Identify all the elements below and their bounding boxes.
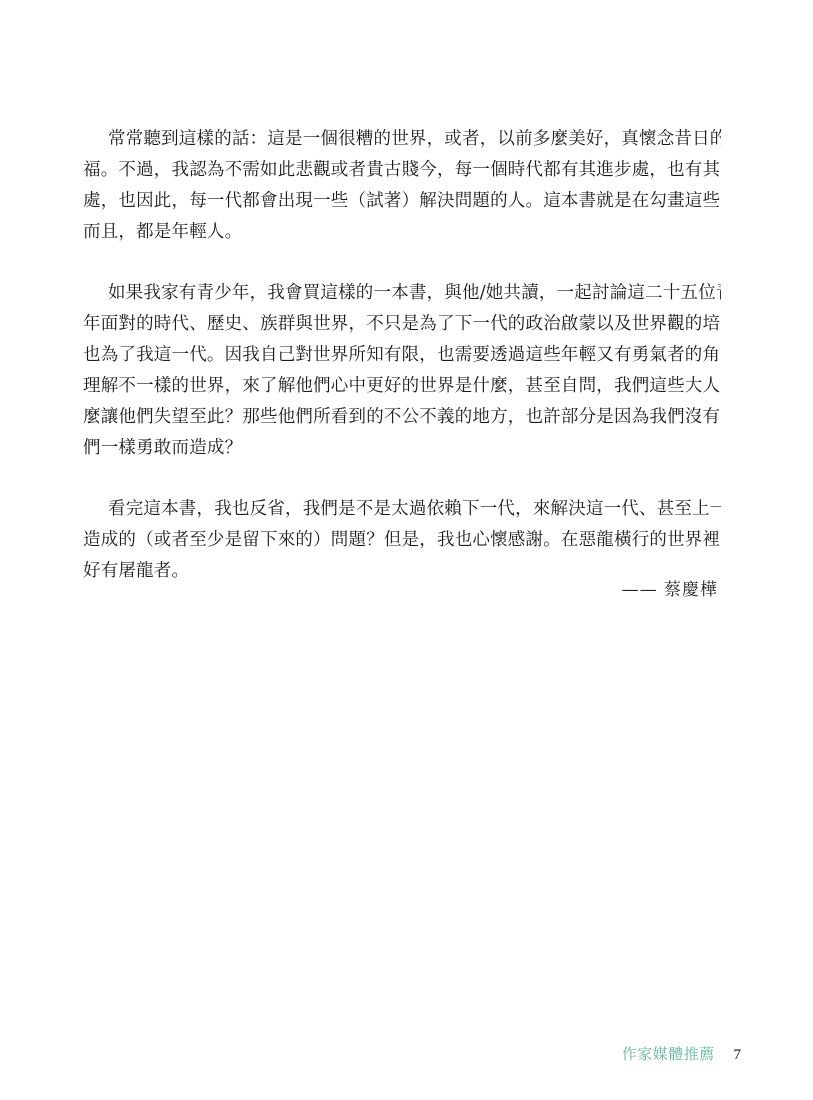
text-line: 福。不過，我認為不需如此悲觀或者貴古賤今，每一個時代都有其進步處，也有其退步 <box>83 155 721 186</box>
text-line: 麼讓他們失望至此？那些他們所看到的不公不義的地方，也許部分是因為我們沒有像他 <box>83 402 721 433</box>
text-line: 年面對的時代、歷史、族群與世界，不只是為了下一代的政治啟蒙以及世界觀的培育， <box>83 309 721 340</box>
text-line: 們一樣勇敢而造成？ <box>83 433 721 464</box>
text-line: 常常聽到這樣的話：這是一個很糟的世界，或者，以前多麼美好，真懷念昔日的幸 <box>83 124 721 155</box>
text-line: 理解不一樣的世界，來了解他們心中更好的世界是什麼，甚至自問，我們這些大人為什 <box>83 371 721 402</box>
page-number: 7 <box>734 1047 742 1063</box>
paragraph-1: 常常聽到這樣的話：這是一個很糟的世界，或者，以前多麼美好，真懷念昔日的幸 福。不… <box>83 124 721 248</box>
footer-section-title: 作家媒體推薦 <box>622 1045 715 1063</box>
text-line: 看完這本書，我也反省，我們是不是太過依賴下一代，來解決這一代、甚至上一代 <box>83 494 721 525</box>
text-line: 處，也因此，每一代都會出現一些（試著）解決問題的人。這本書就是在勾畫這些人， <box>83 186 721 217</box>
text-line: 如果我家有青少年，我會買這樣的一本書，與他/她共讀，一起討論這二十五位青少 <box>83 278 721 309</box>
page-footer: 作家媒體推薦 7 <box>622 1044 741 1065</box>
text-line: 而且，都是年輕人。 <box>83 217 721 248</box>
text-line: 造成的（或者至少是留下來的）問題？但是，我也心懷感謝。在惡龍橫行的世界裡，幸 <box>83 525 721 556</box>
document-page: 常常聽到這樣的話：這是一個很糟的世界，或者，以前多麼美好，真懷念昔日的幸 福。不… <box>0 0 813 1100</box>
paragraph-2: 如果我家有青少年，我會買這樣的一本書，與他/她共讀，一起討論這二十五位青少 年面… <box>83 278 721 464</box>
paragraph-3: 看完這本書，我也反省，我們是不是太過依賴下一代，來解決這一代、甚至上一代 造成的… <box>83 494 721 587</box>
text-line: 也為了我這一代。因我自己對世界所知有限，也需要透過這些年輕又有勇氣者的角度來 <box>83 340 721 371</box>
author-signature: —— 蔡慶樺 <box>622 575 718 605</box>
